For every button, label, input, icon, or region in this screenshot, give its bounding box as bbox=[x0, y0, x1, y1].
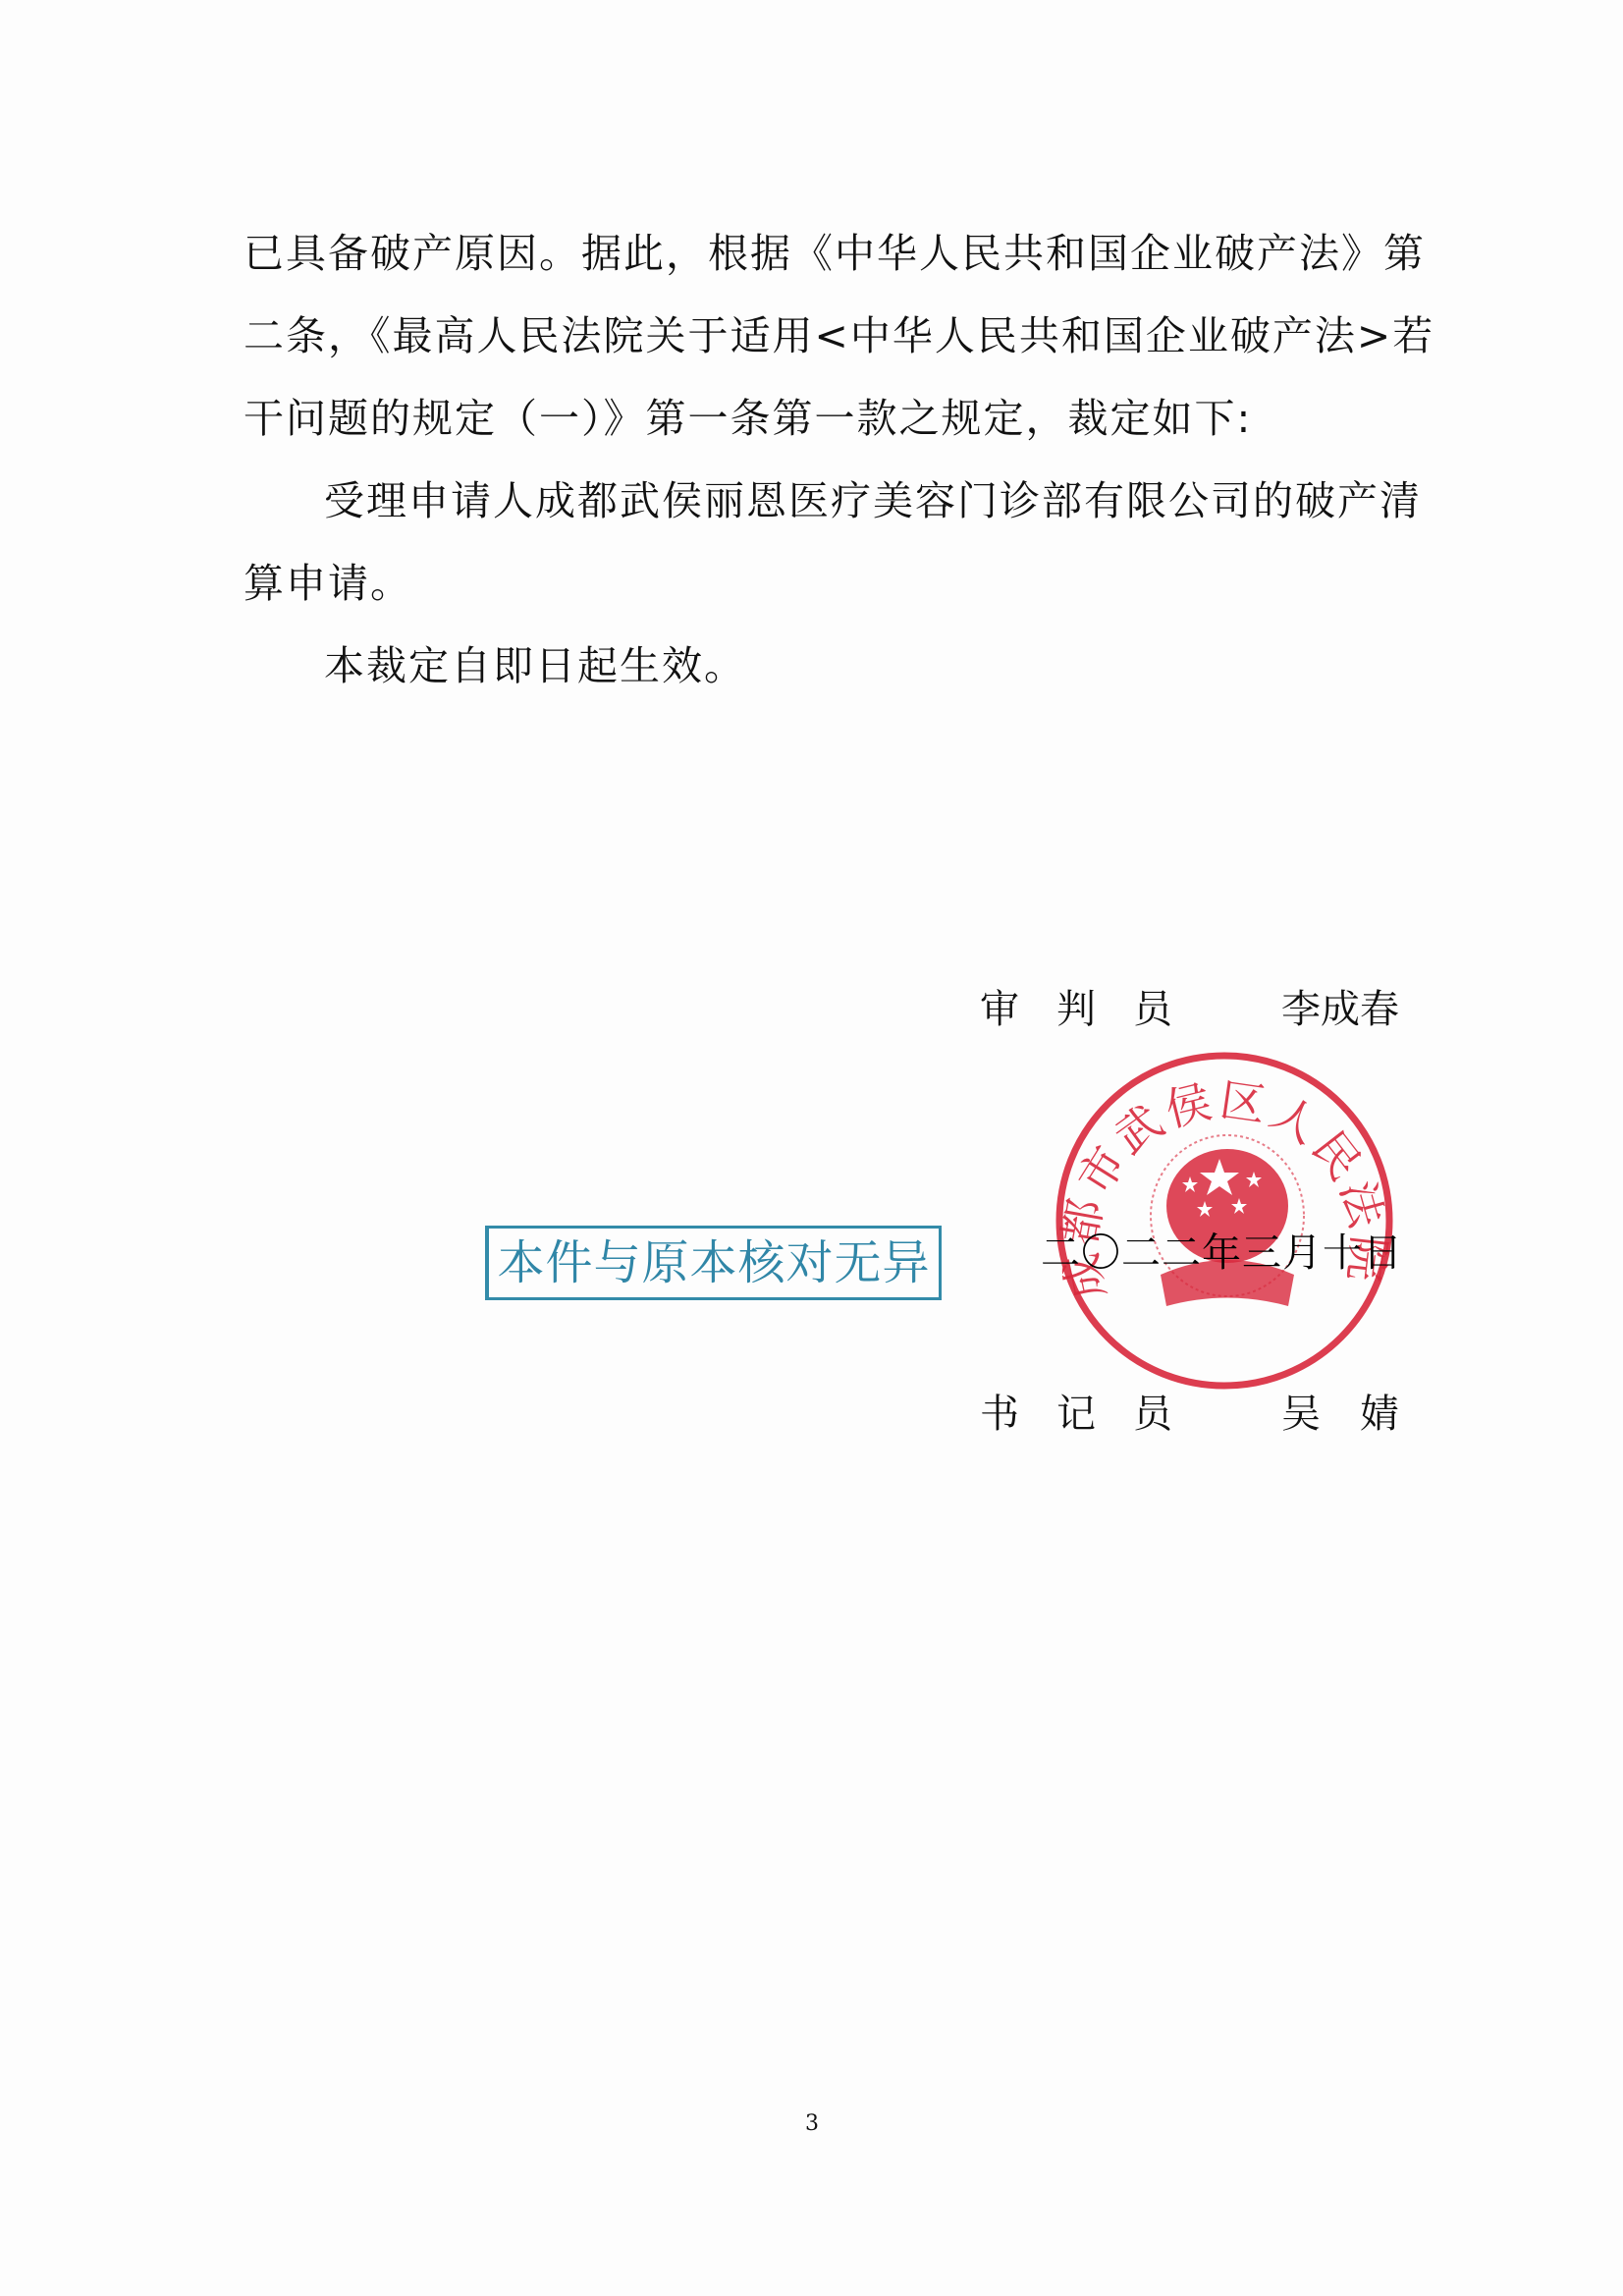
ruling-paragraph-line-2: 算申请。 bbox=[243, 564, 412, 604]
clerk-role-label: 书记员 bbox=[980, 1394, 1210, 1434]
ruling-paragraph-line-1: 受理申请人成都武侯丽恩医疗美容门诊部有限公司的破产清 bbox=[324, 481, 1422, 521]
effective-statement: 本裁定自即日起生效。 bbox=[324, 646, 746, 686]
page-number: 3 bbox=[805, 2111, 819, 2136]
body-line-1: 已具备破产原因。据此，根据《中华人民共和国企业破产法》第 bbox=[243, 234, 1426, 274]
copy-verified-stamp: 本件与原本核对无异 bbox=[485, 1226, 942, 1300]
body-line-2: 二条，《最高人民法院关于适用<中华人民共和国企业破产法>若 bbox=[243, 316, 1434, 356]
document-page: 已具备破产原因。据此，根据《中华人民共和国企业破产法》第 二条，《最高人民法院关… bbox=[0, 0, 1623, 2296]
judge-role-label: 审判员 bbox=[980, 990, 1210, 1029]
ruling-date: 二〇二二年三月十日 bbox=[1041, 1233, 1403, 1273]
court-seal-icon: 成都市武侯区人民法院 bbox=[1053, 1049, 1396, 1393]
clerk-name: 吴 婧 bbox=[1281, 1394, 1399, 1434]
body-line-3: 干问题的规定（一）》第一条第一款之规定，裁定如下: bbox=[243, 399, 1252, 439]
judge-name: 李成春 bbox=[1281, 990, 1399, 1029]
